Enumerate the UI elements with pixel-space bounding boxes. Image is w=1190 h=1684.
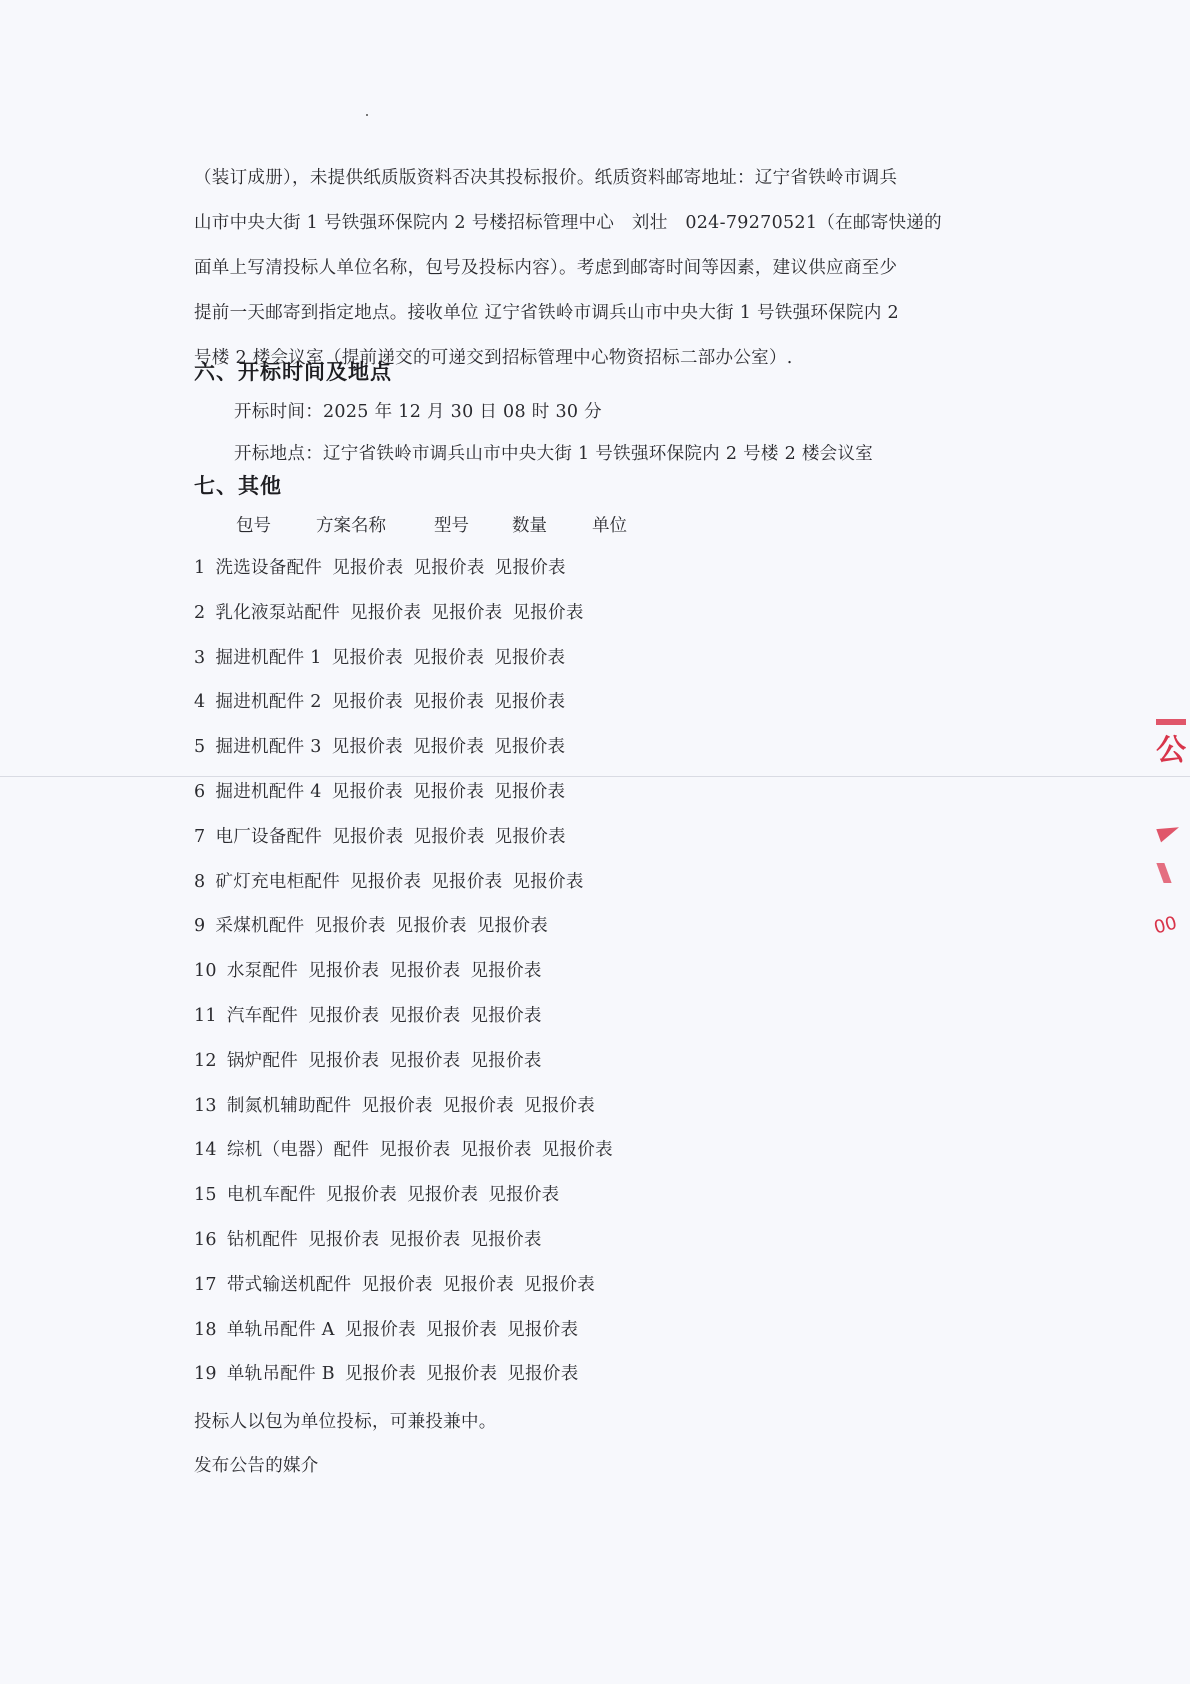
package-qty: 见报价表 bbox=[413, 827, 484, 847]
package-no: 5 bbox=[194, 737, 205, 757]
package-row: 11汽车配件见报价表见报价表见报价表 bbox=[194, 1002, 623, 1047]
package-row: 10水泵配件见报价表见报价表见报价表 bbox=[194, 957, 623, 1002]
package-unit: 见报价表 bbox=[494, 692, 565, 712]
package-qty: 见报价表 bbox=[413, 558, 484, 578]
package-unit: 见报价表 bbox=[524, 1275, 595, 1295]
package-name: 掘进机配件 1 bbox=[215, 648, 321, 668]
package-no: 13 bbox=[194, 1096, 217, 1116]
package-name: 掘进机配件 2 bbox=[215, 692, 321, 712]
package-name: 水泵配件 bbox=[227, 961, 298, 981]
section-heading-other: 七、其他 bbox=[194, 470, 282, 500]
package-no: 4 bbox=[194, 692, 205, 712]
intro-line: 面单上写清投标人单位名称，包号及投标内容）。考虑到邮寄时间等因素，建议供应商至少 bbox=[194, 246, 990, 291]
package-no: 8 bbox=[194, 872, 205, 892]
package-model: 见报价表 bbox=[361, 1096, 432, 1116]
package-no: 7 bbox=[194, 827, 205, 847]
package-qty: 见报价表 bbox=[413, 648, 484, 668]
stamp-number-fragment: 00 bbox=[1152, 912, 1180, 938]
column-header-unit: 单位 bbox=[592, 512, 627, 537]
package-no: 17 bbox=[194, 1275, 217, 1295]
package-model: 见报价表 bbox=[332, 692, 403, 712]
package-list: 1洗选设备配件见报价表见报价表见报价表 2乳化液泵站配件见报价表见报价表见报价表… bbox=[194, 554, 623, 1405]
package-unit: 见报价表 bbox=[494, 737, 565, 757]
package-unit: 见报价表 bbox=[488, 1185, 559, 1205]
package-row: 14综机（电器）配件见报价表见报价表见报价表 bbox=[194, 1136, 623, 1181]
column-header-model: 型号 bbox=[434, 512, 469, 537]
package-model: 见报价表 bbox=[350, 872, 421, 892]
package-qty: 见报价表 bbox=[431, 603, 502, 623]
package-qty: 见报价表 bbox=[389, 1230, 460, 1250]
package-model: 见报价表 bbox=[332, 648, 403, 668]
column-header-package-no: 包号 bbox=[236, 512, 271, 537]
package-qty: 见报价表 bbox=[443, 1096, 514, 1116]
publication-media-label: 发布公告的媒介 bbox=[194, 1452, 319, 1477]
package-qty: 见报价表 bbox=[413, 692, 484, 712]
package-model: 见报价表 bbox=[308, 961, 379, 981]
package-no: 10 bbox=[194, 961, 217, 981]
package-no: 14 bbox=[194, 1140, 217, 1160]
package-model: 见报价表 bbox=[332, 558, 403, 578]
package-name: 带式输送机配件 bbox=[227, 1275, 352, 1295]
package-model: 见报价表 bbox=[326, 1185, 397, 1205]
package-model: 见报价表 bbox=[379, 1140, 450, 1160]
package-model: 见报价表 bbox=[361, 1275, 432, 1295]
package-no: 15 bbox=[194, 1185, 217, 1205]
package-qty: 见报价表 bbox=[396, 916, 467, 936]
package-qty: 见报价表 bbox=[443, 1275, 514, 1295]
package-unit: 见报价表 bbox=[495, 558, 566, 578]
package-name: 汽车配件 bbox=[227, 1006, 298, 1026]
package-no: 9 bbox=[194, 916, 205, 936]
package-model: 见报价表 bbox=[332, 782, 403, 802]
package-row: 4掘进机配件 2见报价表见报价表见报价表 bbox=[194, 688, 623, 733]
package-unit: 见报价表 bbox=[477, 916, 548, 936]
package-row: 16钻机配件见报价表见报价表见报价表 bbox=[194, 1226, 623, 1271]
package-row: 18单轨吊配件 A见报价表见报价表见报价表 bbox=[194, 1316, 623, 1361]
document-page: （装订成册），未提供纸质版资料否决其投标报价。纸质资料邮寄地址：辽宁省铁岭市调兵… bbox=[0, 0, 1190, 1684]
package-unit: 见报价表 bbox=[494, 782, 565, 802]
package-name: 单轨吊配件 A bbox=[227, 1320, 335, 1340]
package-name: 电机车配件 bbox=[227, 1185, 316, 1205]
package-no: 12 bbox=[194, 1051, 217, 1071]
package-row: 3掘进机配件 1见报价表见报价表见报价表 bbox=[194, 644, 623, 689]
intro-line: 山市中央大街 1 号铁强环保院内 2 号楼招标管理中心 刘壮 024-79270… bbox=[194, 201, 990, 246]
package-qty: 见报价表 bbox=[413, 782, 484, 802]
package-no: 11 bbox=[194, 1006, 217, 1026]
package-unit: 见报价表 bbox=[470, 1051, 541, 1071]
red-seal-stamp: 公 00 bbox=[1150, 725, 1190, 955]
package-unit: 见报价表 bbox=[512, 872, 583, 892]
intro-paragraph: （装订成册），未提供纸质版资料否决其投标报价。纸质资料邮寄地址：辽宁省铁岭市调兵… bbox=[194, 156, 990, 381]
package-model: 见报价表 bbox=[345, 1364, 416, 1384]
package-name: 制氮机辅助配件 bbox=[227, 1096, 352, 1116]
package-qty: 见报价表 bbox=[413, 737, 484, 757]
package-row: 6掘进机配件 4见报价表见报价表见报价表 bbox=[194, 778, 623, 823]
intro-line: 提前一天邮寄到指定地点。接收单位 辽宁省铁岭市调兵山市中央大街 1 号铁强环保院… bbox=[194, 291, 990, 336]
package-model: 见报价表 bbox=[314, 916, 385, 936]
package-row: 5掘进机配件 3见报价表见报价表见报价表 bbox=[194, 733, 623, 778]
bid-opening-time: 开标时间：2025 年 12 月 30 日 08 时 30 分 bbox=[234, 398, 602, 423]
package-row: 12锅炉配件见报价表见报价表见报价表 bbox=[194, 1047, 623, 1092]
section-heading-bid-opening: 六、开标时间及地点 bbox=[194, 356, 392, 386]
package-model: 见报价表 bbox=[308, 1051, 379, 1071]
package-unit: 见报价表 bbox=[507, 1364, 578, 1384]
package-unit: 见报价表 bbox=[512, 603, 583, 623]
stamp-fragment bbox=[1156, 863, 1171, 883]
package-row: 7电厂设备配件见报价表见报价表见报价表 bbox=[194, 823, 623, 868]
package-name: 采煤机配件 bbox=[215, 916, 304, 936]
scan-speck bbox=[366, 114, 368, 116]
package-model: 见报价表 bbox=[308, 1230, 379, 1250]
bidding-note: 投标人以包为单位投标，可兼投兼中。 bbox=[194, 1408, 497, 1433]
package-qty: 见报价表 bbox=[426, 1320, 497, 1340]
package-row: 8矿灯充电柜配件见报价表见报价表见报价表 bbox=[194, 868, 623, 913]
package-no: 2 bbox=[194, 603, 205, 623]
package-model: 见报价表 bbox=[345, 1320, 416, 1340]
package-no: 19 bbox=[194, 1364, 217, 1384]
package-model: 见报价表 bbox=[308, 1006, 379, 1026]
package-row: 19单轨吊配件 B见报价表见报价表见报价表 bbox=[194, 1360, 623, 1405]
package-qty: 见报价表 bbox=[389, 961, 460, 981]
package-no: 3 bbox=[194, 648, 205, 668]
package-name: 矿灯充电柜配件 bbox=[215, 872, 340, 892]
package-unit: 见报价表 bbox=[470, 961, 541, 981]
package-qty: 见报价表 bbox=[389, 1006, 460, 1026]
package-name: 钻机配件 bbox=[227, 1230, 298, 1250]
intro-line: （装订成册），未提供纸质版资料否决其投标报价。纸质资料邮寄地址：辽宁省铁岭市调兵 bbox=[194, 156, 990, 201]
package-no: 16 bbox=[194, 1230, 217, 1250]
package-unit: 见报价表 bbox=[470, 1230, 541, 1250]
package-qty: 见报价表 bbox=[407, 1185, 478, 1205]
package-unit: 见报价表 bbox=[470, 1006, 541, 1026]
stamp-fragment bbox=[1156, 822, 1181, 843]
package-model: 见报价表 bbox=[332, 827, 403, 847]
package-row: 13制氮机辅助配件见报价表见报价表见报价表 bbox=[194, 1092, 623, 1137]
package-unit: 见报价表 bbox=[495, 827, 566, 847]
package-qty: 见报价表 bbox=[426, 1364, 497, 1384]
package-row: 15电机车配件见报价表见报价表见报价表 bbox=[194, 1181, 623, 1226]
bid-opening-place: 开标地点：辽宁省铁岭市调兵山市中央大街 1 号铁强环保院内 2 号楼 2 楼会议… bbox=[234, 440, 873, 465]
package-model: 见报价表 bbox=[332, 737, 403, 757]
package-model: 见报价表 bbox=[350, 603, 421, 623]
package-qty: 见报价表 bbox=[460, 1140, 531, 1160]
package-no: 6 bbox=[194, 782, 205, 802]
package-name: 乳化液泵站配件 bbox=[215, 603, 340, 623]
package-no: 1 bbox=[194, 558, 205, 578]
package-qty: 见报价表 bbox=[431, 872, 502, 892]
package-unit: 见报价表 bbox=[524, 1096, 595, 1116]
package-name: 综机（电器）配件 bbox=[227, 1140, 369, 1160]
package-unit: 见报价表 bbox=[494, 648, 565, 668]
package-name: 锅炉配件 bbox=[227, 1051, 298, 1071]
package-row: 17带式输送机配件见报价表见报价表见报价表 bbox=[194, 1271, 623, 1316]
package-row: 1洗选设备配件见报价表见报价表见报价表 bbox=[194, 554, 623, 599]
package-row: 2乳化液泵站配件见报价表见报价表见报价表 bbox=[194, 599, 623, 644]
package-row: 9采煤机配件见报价表见报价表见报价表 bbox=[194, 912, 623, 957]
package-name: 掘进机配件 3 bbox=[215, 737, 321, 757]
column-header-scheme-name: 方案名称 bbox=[316, 512, 386, 537]
column-header-quantity: 数量 bbox=[512, 512, 547, 537]
package-no: 18 bbox=[194, 1320, 217, 1340]
stamp-text-fragment: 公 bbox=[1156, 725, 1186, 769]
package-unit: 见报价表 bbox=[507, 1320, 578, 1340]
package-name: 单轨吊配件 B bbox=[227, 1364, 335, 1384]
package-qty: 见报价表 bbox=[389, 1051, 460, 1071]
package-unit: 见报价表 bbox=[542, 1140, 613, 1160]
package-name: 电厂设备配件 bbox=[215, 827, 322, 847]
package-name: 洗选设备配件 bbox=[215, 558, 322, 578]
package-name: 掘进机配件 4 bbox=[215, 782, 321, 802]
